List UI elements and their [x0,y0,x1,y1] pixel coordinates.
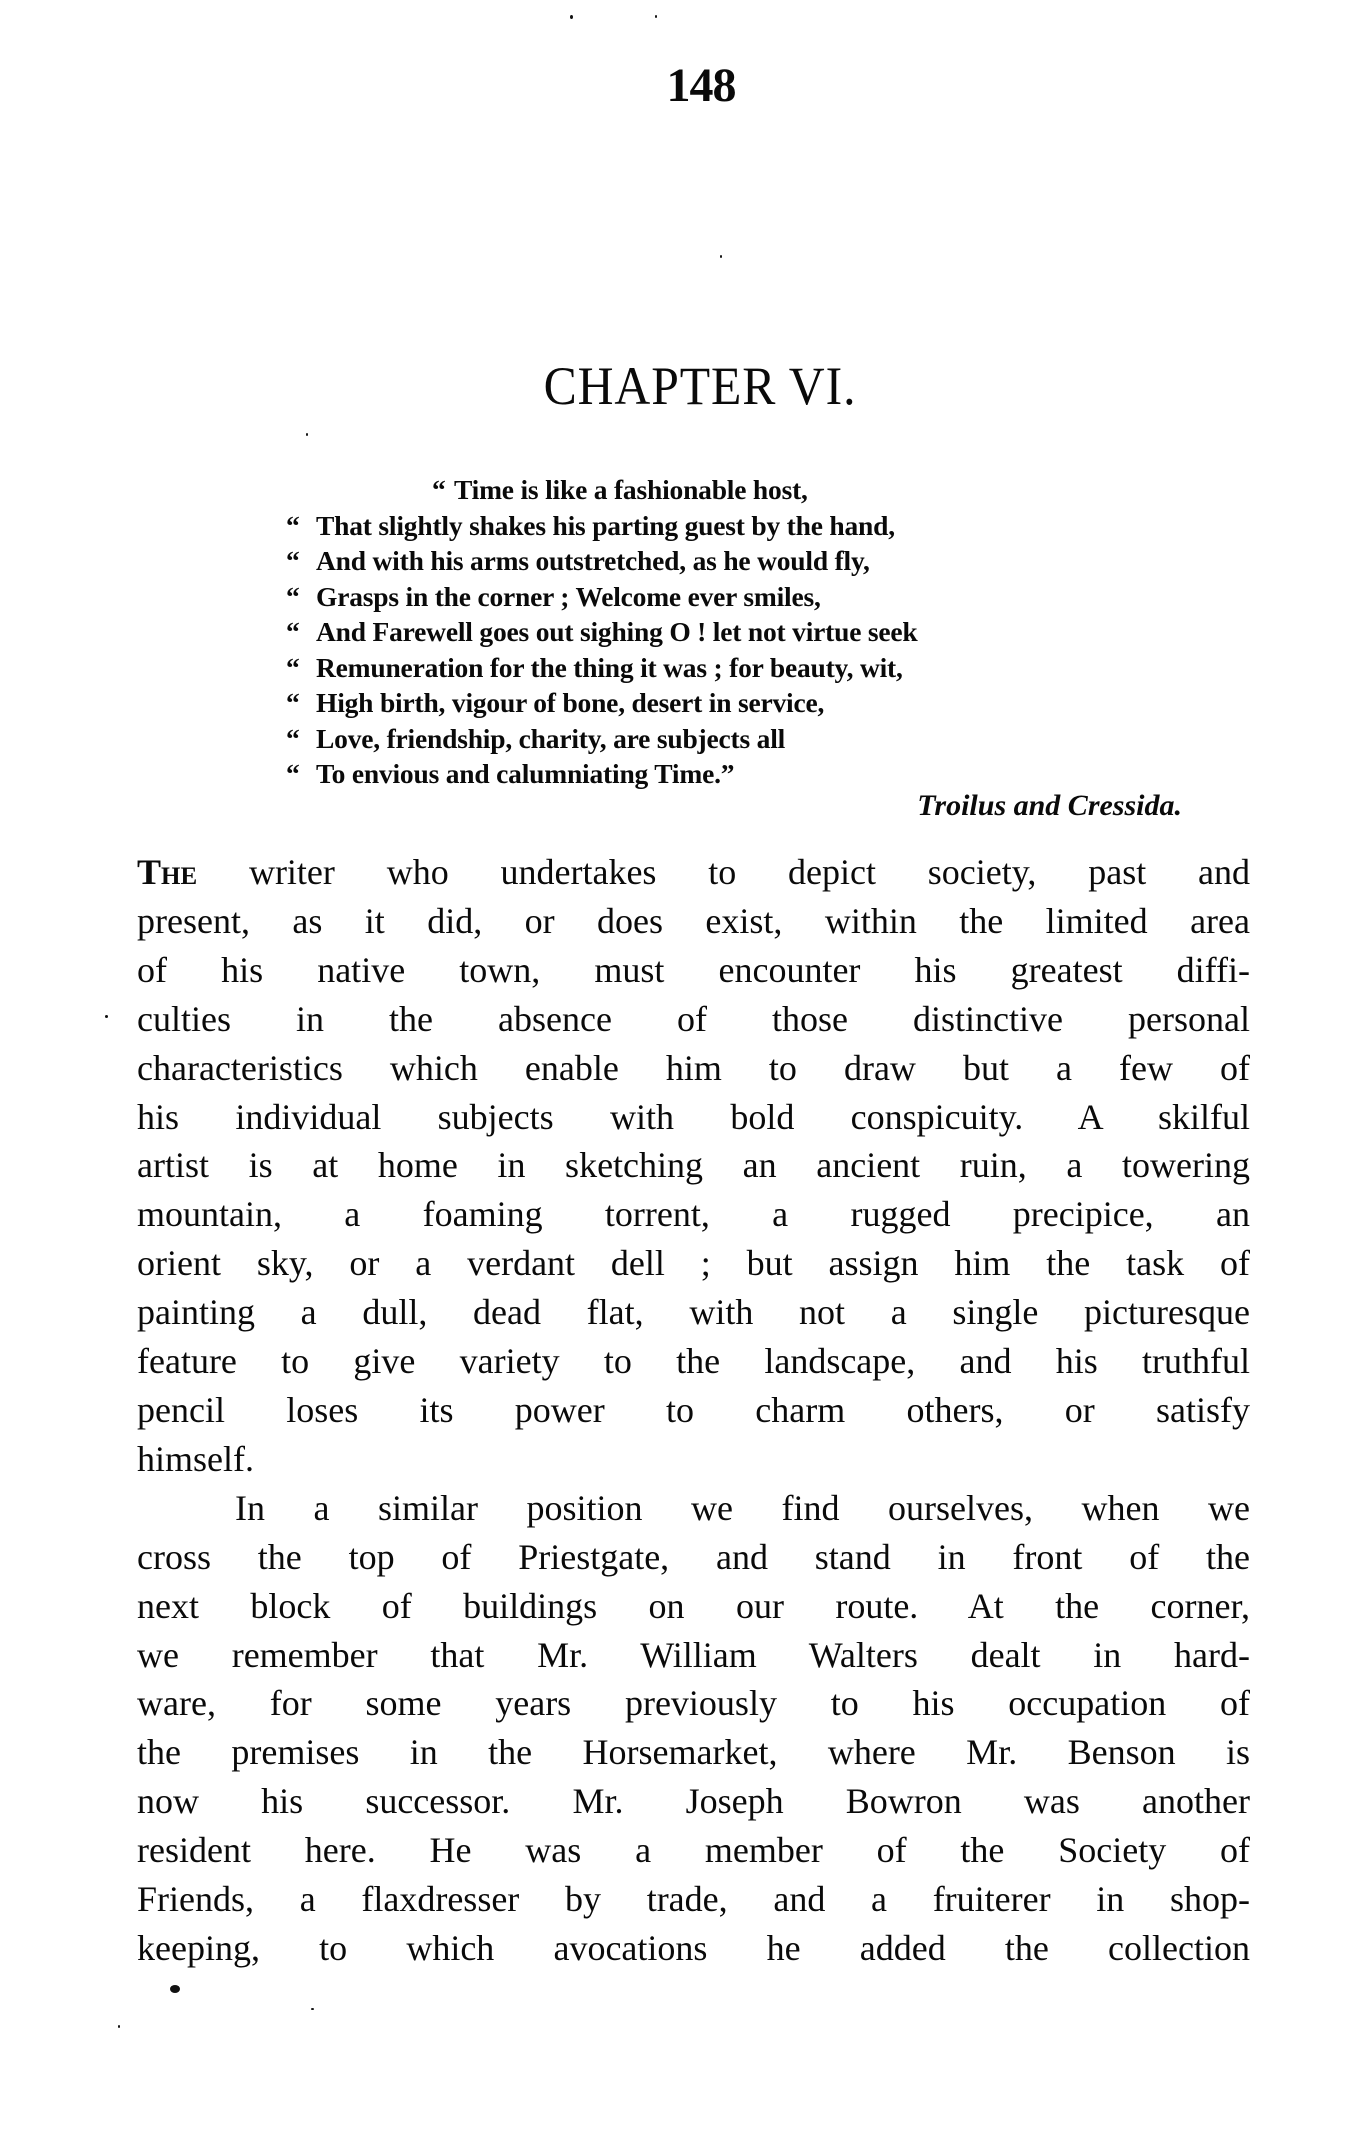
scan-speck [105,1015,108,1018]
epigraph-line: “High birth, vigour of bone, desert in s… [286,685,1186,721]
open-quote-mark: “ [286,721,316,757]
epigraph-line: “And with his arms outstretched, as he w… [286,543,1186,579]
epigraph-line-text: Grasps in the corner ; Welcome ever smil… [316,581,821,612]
open-quote-mark: “ [286,543,316,579]
text-line: mountain, a foaming torrent, a rugged pr… [137,1190,1250,1239]
open-quote-mark: “ [286,685,316,721]
open-quote-mark: “ [286,579,316,615]
epigraph-line-text: And with his arms outstretched, as he wo… [316,545,870,576]
lead-smallcaps: The [137,852,197,892]
text-line: The writer who undertakes to depict soci… [137,848,1250,897]
text-line: of his native town, must encounter his g… [137,946,1250,995]
scan-speck [311,2008,314,2010]
text-line: present, as it did, or does exist, withi… [137,897,1250,946]
text-line: next block of buildings on our route. At… [137,1582,1250,1631]
epigraph-line: “To envious and calumniating Time.” [286,756,1186,792]
epigraph-attribution: Troilus and Cressida. [0,788,1182,824]
paragraph: In a similar position we find ourselves,… [137,1484,1250,1973]
epigraph-line-text: And Farewell goes out sighing O ! let no… [316,616,918,647]
text-line: ware, for some years previously to his o… [137,1679,1250,1728]
text-line: keeping, to which avocations he added th… [137,1924,1250,1973]
epigraph-line: “That slightly shakes his parting guest … [286,508,1186,544]
text-line: culties in the absence of those distinct… [137,995,1250,1044]
text-line: the premises in the Horsemarket, where M… [137,1728,1250,1777]
body-text: The writer who undertakes to depict soci… [137,848,1250,1973]
epigraph-line-text: To envious and calumniating Time.” [316,758,734,789]
text-line: himself. [137,1435,1250,1484]
scan-speck [655,15,657,18]
epigraph-line-text: That slightly shakes his parting guest b… [316,510,895,541]
text-line: cross the top of Priestgate, and stand i… [137,1533,1250,1582]
text-line: artist is at home in sketching an ancien… [137,1141,1250,1190]
text-line: Friends, a flaxdresser by trade, and a f… [137,1875,1250,1924]
text-line: characteristics which enable him to draw… [137,1044,1250,1093]
epigraph-line: “Remuneration for the thing it was ; for… [286,650,1186,686]
scan-speck [306,433,308,436]
text-line: orient sky, or a verdant dell ; but assi… [137,1239,1250,1288]
text-line: now his successor. Mr. Joseph Bowron was… [137,1777,1250,1826]
open-quote-mark: “ [286,508,316,544]
epigraph-line: “Time is like a fashionable host, [286,472,1186,508]
text-line: his individual subjects with bold conspi… [137,1093,1250,1142]
text-line: resident here. He was a member of the So… [137,1826,1250,1875]
epigraph-line: “Love, friendship, charity, are subjects… [286,721,1186,757]
text-line: In a similar position we find ourselves,… [137,1484,1250,1533]
epigraph-line: “And Farewell goes out sighing O ! let n… [286,614,1186,650]
chapter-title: CHAPTER VI. [56,356,1344,416]
epigraph-line-text: Time is like a fashionable host, [454,474,808,505]
open-quote-mark: “ [432,472,454,508]
scan-speck [170,1985,180,1993]
scan-speck [720,255,722,258]
text-line: painting a dull, dead flat, with not a s… [137,1288,1250,1337]
open-quote-mark: “ [286,614,316,650]
text-line: pencil loses its power to charm others, … [137,1386,1250,1435]
text-line: feature to give variety to the landscape… [137,1337,1250,1386]
text-line: we remember that Mr. William Walters dea… [137,1631,1250,1680]
epigraph-line-text: Love, friendship, charity, are subjects … [316,723,785,754]
open-quote-mark: “ [286,756,316,792]
scan-speck [570,15,573,19]
paragraph: The writer who undertakes to depict soci… [137,848,1250,1484]
page-number: 148 [0,60,1360,112]
scan-speck [118,2025,120,2028]
epigraph: “Time is like a fashionable host, “That … [286,472,1186,792]
epigraph-line: “Grasps in the corner ; Welcome ever smi… [286,579,1186,615]
open-quote-mark: “ [286,650,316,686]
epigraph-line-text: High birth, vigour of bone, desert in se… [316,687,824,718]
epigraph-line-text: Remuneration for the thing it was ; for … [316,652,903,683]
